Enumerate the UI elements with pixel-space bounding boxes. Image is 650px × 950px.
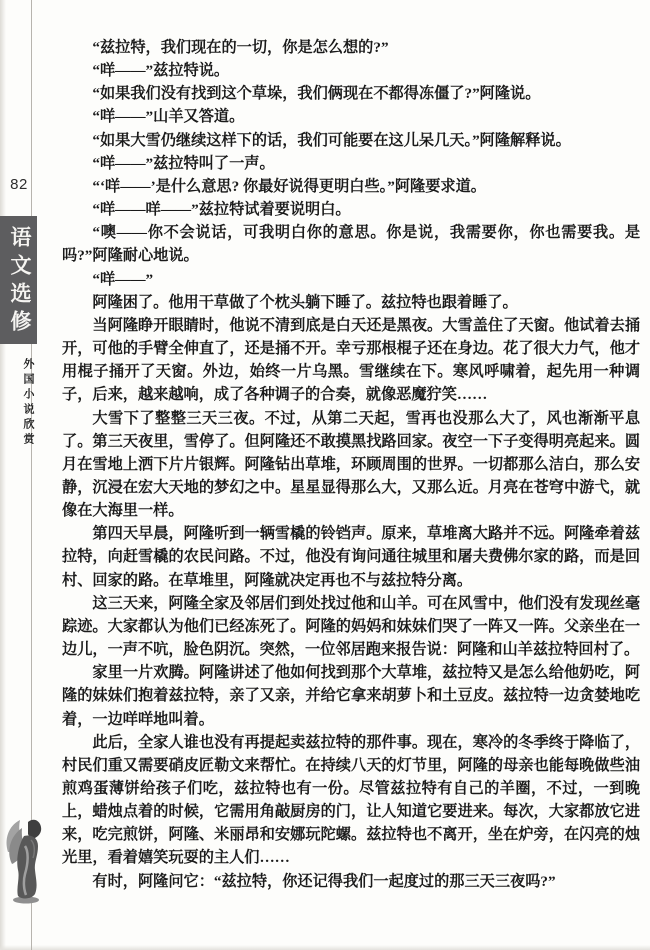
paragraph: “咩——” [62,268,640,291]
paragraph: “噢——你不会说话，可我明白你的意思。你是说，我需要你，你也需要我。是吗?”阿隆… [62,221,640,267]
paragraph: “如果我们没有找到这个草垛，我们俩现在不都得冻僵了?”阿隆说。 [62,82,640,105]
paragraph: “咩——”兹拉特说。 [62,59,640,82]
page-edge-shadow-left [0,0,6,950]
winged-statue-illustration [2,812,48,904]
paragraph: “‘咩——’是什么意思? 你最好说得更明白些。”阿隆要求道。 [62,175,640,198]
story-text: “兹拉特，我们现在的一切，你是怎么想的?” “咩——”兹拉特说。 “如果我们没有… [62,36,640,893]
paragraph: 这三天来，阿隆全家及邻居们到处找过他和山羊。可在风雪中，他们没有发现丝毫踪迹。大… [62,592,640,661]
page-edge-shadow-bottom [0,945,650,950]
book-page: 82 语文选修 外国小说欣赏 “兹拉特，我们现在的一切，你是怎么想的?” “咩—… [0,0,650,950]
series-title-box: 语文选修 [0,216,37,344]
paragraph: 当阿隆睁开眼睛时，他说不清到底是白天还是黑夜。大雪盖住了天窗。他试着去捅开，可他… [62,314,640,407]
paragraph: 第四天早晨，阿隆听到一辆雪橇的铃铛声。原来，草堆离大路并不远。阿隆牵着兹拉特，向… [62,522,640,591]
paragraph: “如果大雪仍继续这样下的话，我们可能要在这儿呆几天。”阿隆解释说。 [62,129,640,152]
paragraph: “咩——”兹拉特叫了一声。 [62,152,640,175]
paragraph: 大雪下了整整三天三夜。不过，从第二天起，雪再也没那么大了，风也渐渐平息了。第三天… [62,407,640,523]
page-number: 82 [7,176,31,193]
paragraph: 家里一片欢腾。阿隆讲述了他如何找到那个大草堆，兹拉特又是怎么给他奶吃，阿隆的妹妹… [62,661,640,730]
paragraph: 阿隆困了。他用干草做了个枕头躺下睡了。兹拉特也跟着睡了。 [62,291,640,314]
paragraph: “兹拉特，我们现在的一切，你是怎么想的?” [62,36,640,59]
paragraph: 此后，全家人谁也没有再提起卖兹拉特的那件事。现在，寒冷的冬季终于降临了，村民们重… [62,731,640,870]
margin-rule [31,0,32,950]
series-title: 语文选修 [5,222,37,338]
paragraph: “咩——”山羊又答道。 [62,105,640,128]
series-subtitle: 外国小说欣赏 [0,353,36,453]
paragraph: “咩——咩——”兹拉特试着要说明白。 [62,198,640,221]
paragraph: 有时，阿隆问它：“兹拉特，你还记得我们一起度过的那三天三夜吗?” [62,870,640,893]
